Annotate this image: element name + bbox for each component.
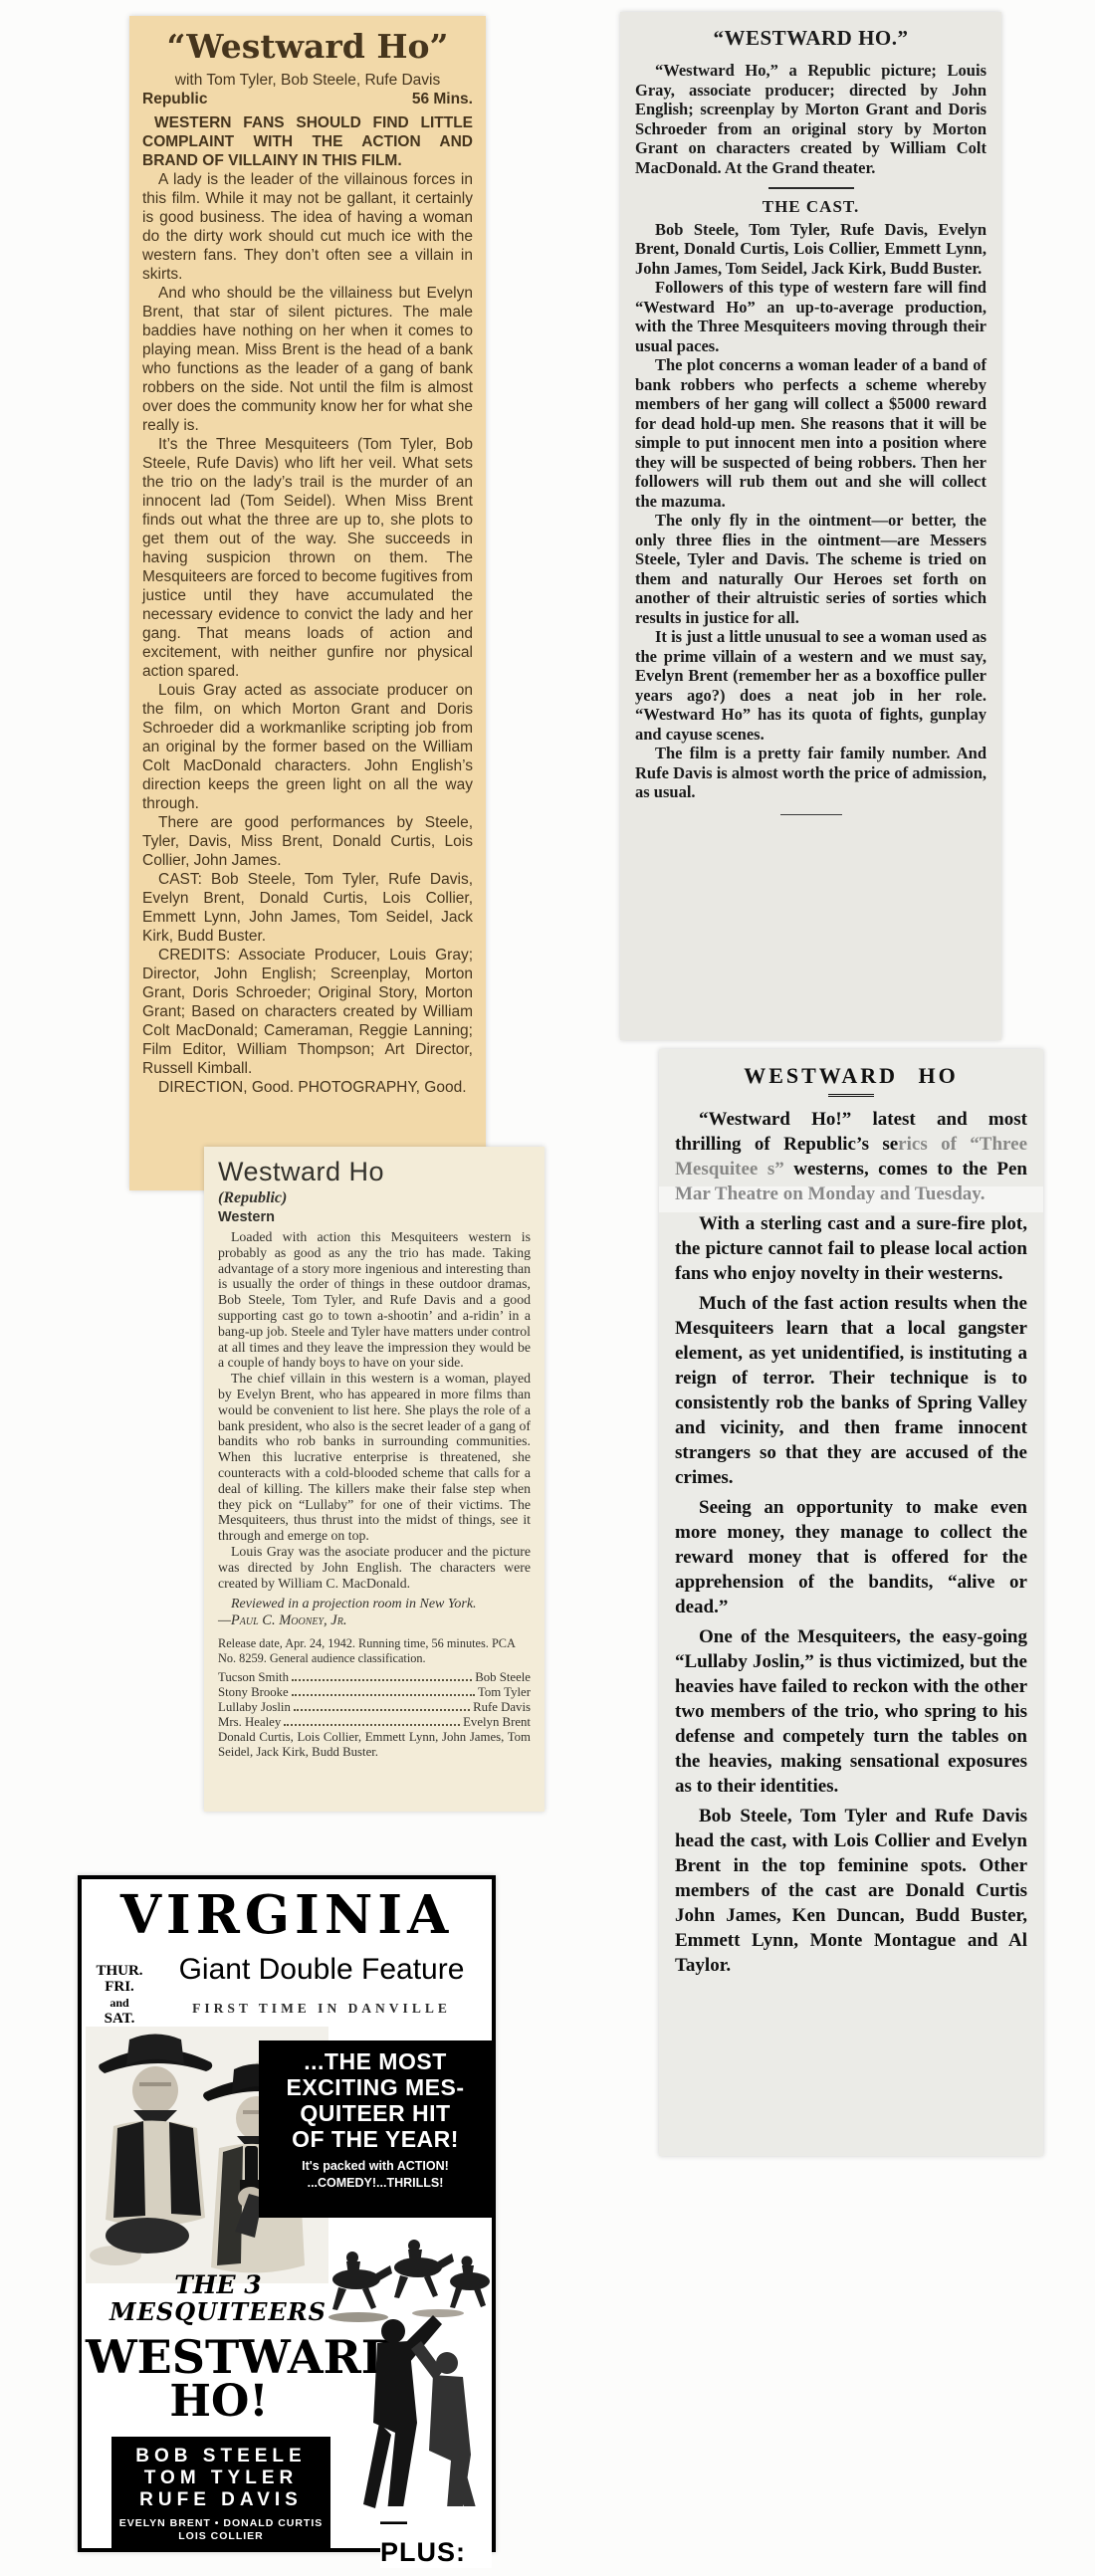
plus-label: —PLUS: bbox=[380, 2506, 492, 2568]
paragraph: Loaded with action this Mesquiteers west… bbox=[218, 1229, 531, 1371]
paragraph: Louis Gray acted as associate producer o… bbox=[142, 681, 473, 813]
clipping-c-title: Westward Ho bbox=[218, 1157, 531, 1187]
studio-label: (Republic) bbox=[218, 1189, 531, 1207]
cast-paragraph: Bob Steele, Tom Tyler, Rufe Davis, Evely… bbox=[635, 220, 986, 279]
credits-paragraph: CREDITS: Associate Producer, Louis Gray;… bbox=[142, 946, 473, 1078]
clipping-herald-review: Westward Ho (Republic) Western Loaded wi… bbox=[204, 1147, 545, 1812]
paragraph: There are good performances by Steele, T… bbox=[142, 813, 473, 870]
clipping-grand-theater-review: “WESTWARD HO.” “Westward Ho,” a Republic… bbox=[620, 12, 1001, 1040]
paragraph: The film is a pretty fair family number.… bbox=[635, 744, 986, 802]
role-name: Lullaby Joslin bbox=[218, 1700, 291, 1715]
genre-label: Western bbox=[218, 1209, 531, 1225]
supporting-cast: EVELYN BRENT • DONALD CURTIS LOIS COLLIE… bbox=[115, 2517, 327, 2543]
paragraph: One of the Mesquiteers, the easy-going “… bbox=[675, 1624, 1027, 1799]
tagline-line: EXCITING MES- bbox=[259, 2074, 492, 2100]
studio-label: Republic bbox=[142, 91, 207, 108]
role-name: Mrs. Healey bbox=[218, 1715, 281, 1730]
paragraph: It is just a little unusual to see a wom… bbox=[635, 627, 986, 744]
divider bbox=[828, 1094, 874, 1097]
paragraph: The chief villain in this western is a w… bbox=[218, 1371, 531, 1544]
reviewed-note: Reviewed in a projection room in New Yor… bbox=[218, 1597, 531, 1629]
paragraph: “Westward Ho!” latest and most thrilling… bbox=[675, 1107, 1027, 1206]
actor-name: Evelyn Brent bbox=[463, 1715, 531, 1730]
actor-name: Rufe Davis bbox=[473, 1700, 531, 1715]
group-name: THE 3 MESQUITEERS bbox=[109, 2271, 327, 2325]
theater-name: VIRGINIA bbox=[82, 1889, 492, 1942]
tagline-line: QUITEER HIT bbox=[259, 2100, 492, 2126]
cast-list: Tucson Smith Bob Steele Stony Brooke Tom… bbox=[218, 1670, 531, 1760]
virginia-theatre-ad: VIRGINIA THUR. FRI. and SAT. Giant Doubl… bbox=[78, 1875, 496, 2552]
actor-name: Tom Tyler bbox=[478, 1685, 531, 1700]
role-name: Tucson Smith bbox=[218, 1670, 289, 1685]
double-feature-banner: Giant Double Feature bbox=[157, 1953, 486, 1987]
comedy-thrills-line: ...COMEDY!...THRILLS! bbox=[259, 2176, 492, 2190]
tagline-box: ...THE MOST EXCITING MES- QUITEER HIT OF… bbox=[259, 2040, 492, 2218]
credits-paragraph: “Westward Ho,” a Republic picture; Louis… bbox=[635, 61, 986, 177]
clipping-penmar-story: WESTWARD HO “Westward Ho!” latest and mo… bbox=[659, 1049, 1043, 2156]
cast-heading: THE CAST. bbox=[635, 197, 986, 217]
cast-name: RUFE DAVIS bbox=[115, 2489, 327, 2511]
clipping-b-title: “WESTWARD HO.” bbox=[635, 26, 986, 51]
tagline-line: ...THE MOST bbox=[259, 2048, 492, 2074]
cast-row: Tucson Smith Bob Steele bbox=[218, 1670, 531, 1685]
reviewer-name: —Paul C. Mooney, Jr. bbox=[218, 1612, 346, 1628]
clipping-a-meta: Republic 56 Mins. bbox=[142, 91, 473, 108]
paragraph: It’s the Three Mesquiteers (Tom Tyler, B… bbox=[142, 435, 473, 681]
divider bbox=[780, 814, 842, 815]
paragraph: The only fly in the ointment—or better, … bbox=[635, 511, 986, 627]
fight-scene-illustration bbox=[335, 2305, 487, 2540]
cast-name: BOB STEELE bbox=[115, 2446, 327, 2468]
dot-leader bbox=[292, 1694, 475, 1696]
paragraph: And who should be the villainess but Eve… bbox=[142, 284, 473, 435]
film-title: WESTWARD HO! bbox=[86, 2335, 352, 2423]
cast-row: Stony Brooke Tom Tyler bbox=[218, 1685, 531, 1700]
newspaper-clippings-collage: { "clipping_a": { "title": "“Westward Ho… bbox=[0, 0, 1095, 2576]
paragraph: With a sterling cast and a sure-fire plo… bbox=[675, 1211, 1027, 1286]
role-name: Stony Brooke bbox=[218, 1685, 289, 1700]
packed-with-action-line: It's packed with ACTION! bbox=[259, 2159, 492, 2173]
dot-leader bbox=[292, 1679, 472, 1681]
dot-leader bbox=[294, 1709, 470, 1711]
paragraph: The plot concerns a woman leader of a ba… bbox=[635, 355, 986, 511]
show-days: THUR. FRI. and SAT. bbox=[88, 1963, 151, 2027]
verdict-paragraph: DIRECTION, Good. PHOTOGRAPHY, Good. bbox=[142, 1078, 473, 1097]
cast-box: BOB STEELE TOM TYLER RUFE DAVIS EVELYN B… bbox=[111, 2437, 330, 2551]
paragraph: A lady is the leader of the villainous f… bbox=[142, 170, 473, 284]
release-info: Release date, Apr. 24, 1942. Running tim… bbox=[218, 1636, 531, 1664]
paragraph: Seeing an opportunity to make even more … bbox=[675, 1495, 1027, 1619]
paragraph: Bob Steele, Tom Tyler and Rufe Davis hea… bbox=[675, 1804, 1027, 1978]
clipping-trade-review: “Westward Ho” with Tom Tyler, Bob Steele… bbox=[129, 16, 486, 1190]
divider bbox=[768, 187, 854, 189]
cast-row: Lullaby Joslin Rufe Davis bbox=[218, 1700, 531, 1715]
clipping-a-title: “Westward Ho” bbox=[142, 30, 473, 65]
cast-extra: Donald Curtis, Lois Collier, Emmett Lynn… bbox=[218, 1730, 531, 1760]
cast-paragraph: CAST: Bob Steele, Tom Tyler, Rufe Davis,… bbox=[142, 870, 473, 946]
first-time-line: FIRST TIME IN DANVILLE bbox=[157, 2001, 486, 2017]
cast-name: TOM TYLER bbox=[115, 2468, 327, 2489]
paragraph: Much of the fast action results when the… bbox=[675, 1291, 1027, 1490]
paragraph: Followers of this type of western fare w… bbox=[635, 278, 986, 355]
actor-name: Bob Steele bbox=[475, 1670, 531, 1685]
dot-leader bbox=[284, 1724, 460, 1726]
cast-row: Mrs. Healey Evelyn Brent bbox=[218, 1715, 531, 1730]
clipping-a-byline: with Tom Tyler, Bob Steele, Rufe Davis bbox=[142, 72, 473, 90]
review-lede: WESTERN FANS SHOULD FIND LITTLE COMPLAIN… bbox=[142, 113, 473, 170]
clipping-d-title: WESTWARD HO bbox=[675, 1063, 1027, 1089]
tagline-line: OF THE YEAR! bbox=[259, 2126, 492, 2152]
paragraph: Louis Gray was the asociate producer and… bbox=[218, 1544, 531, 1591]
runtime-label: 56 Mins. bbox=[412, 91, 473, 108]
